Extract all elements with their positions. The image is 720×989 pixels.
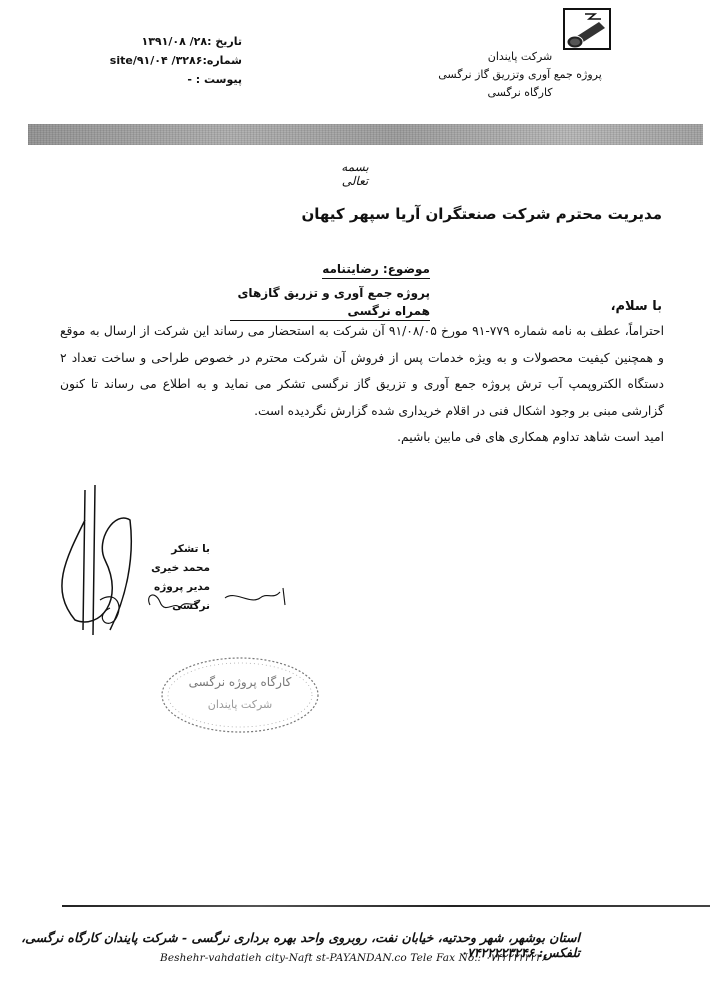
signatory-title: مدیر پروژه نرگسی [120, 578, 210, 616]
subject-block: موضوع: رضایتنامه پروژه جمع آوری و تزریق … [230, 260, 430, 321]
invocation: بسمه تعالی [330, 160, 380, 188]
company-logo [563, 8, 611, 50]
company-name: شرکت پایندان [420, 48, 620, 66]
footer-divider [62, 905, 710, 907]
stamp-line1: کارگاه پروژه نرگسی [189, 675, 292, 690]
addressee: مدیریت محترم شرکت صنعتگران آریا سپهر کیه… [301, 205, 662, 223]
signatory-name: محمد خیری [120, 559, 210, 578]
company-stamp: کارگاه پروژه نرگسی شرکت پایندان [145, 650, 335, 750]
letter-attachment: پیوست : - [90, 70, 242, 89]
company-site: کارگاه نرگسی [420, 84, 620, 102]
stamp-line2: شرکت پایندان [208, 698, 273, 711]
header-divider-band [28, 124, 703, 145]
subject-detail: پروژه جمع آوری و تزریق گازهای همراه نرگس… [230, 284, 430, 321]
letter-body: احتراماً، عطف به نامه شماره ۷۷۹-۹۱ مورخ … [60, 318, 664, 451]
pipe-logo-icon [565, 10, 609, 48]
letter-meta: تاریخ :۲۸/ ۱۳۹۱/۰۸ شماره:۳۲۸۶/ site/۹۱/۰… [90, 32, 242, 89]
company-header: شرکت پایندان پروژه جمع آوری وتزریق گاز ن… [420, 48, 620, 102]
letter-number: شماره:۳۲۸۶/ site/۹۱/۰۴ [90, 51, 242, 70]
signature-thanks: با تشکر [120, 540, 210, 559]
footer-address-en: Beshehr-vahdatieh city-Naft st-PAYANDAN.… [160, 952, 547, 964]
signature-block: با تشکر محمد خیری مدیر پروژه نرگسی [120, 540, 210, 616]
company-project: پروژه جمع آوری وتزریق گاز نرگسی [420, 66, 620, 84]
subject-label: موضوع: رضایتنامه [322, 260, 430, 279]
closing-line: امید است شاهد تداوم همکاری های فی مابین … [60, 424, 664, 451]
greeting: با سلام، [611, 299, 662, 314]
body-paragraph: احتراماً، عطف به نامه شماره ۷۷۹-۹۱ مورخ … [60, 318, 664, 424]
letter-date: تاریخ :۲۸/ ۱۳۹۱/۰۸ [90, 32, 242, 51]
